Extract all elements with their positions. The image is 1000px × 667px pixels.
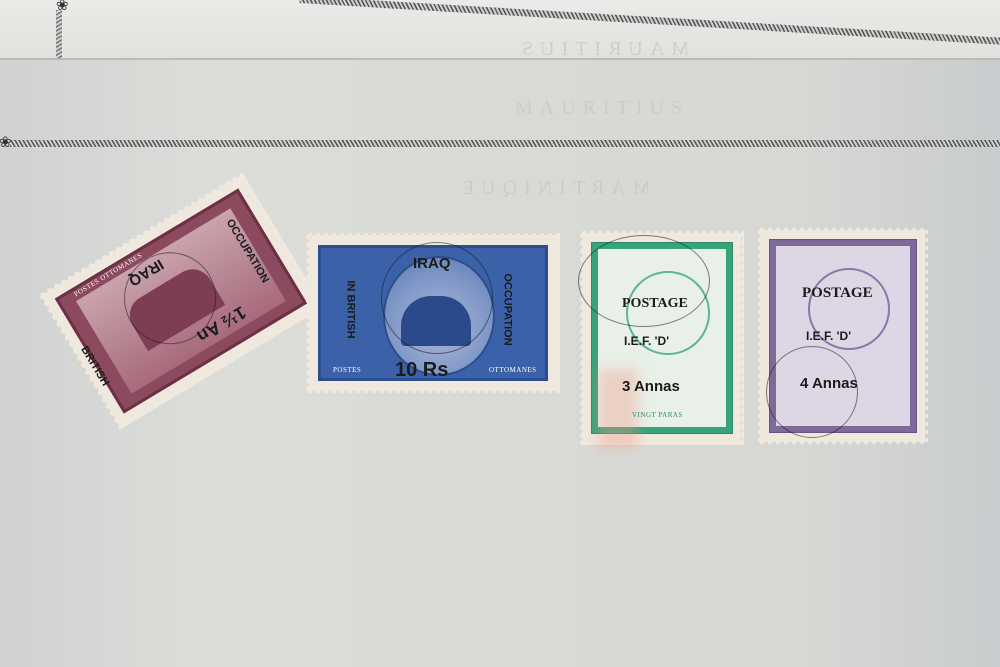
overprint-value: 10 Rs — [395, 360, 448, 380]
overprint-ief-d: I.E.F. 'D' — [806, 330, 851, 342]
overprint-in-british: IN BRITISH — [345, 280, 356, 338]
stamp-iraq-10-rupees[interactable]: POSTES OTTOMANES IRAQ IN BRITISH OCCUPAT… — [306, 233, 560, 393]
postmark — [381, 242, 493, 354]
postmark — [766, 346, 858, 438]
stamp-ief-d-3-annas[interactable]: POSTAGE I.E.F. 'D' 3 Annas VINGT PARAS — [580, 231, 744, 445]
quatrefoil-ornament-icon: ❀ — [0, 135, 12, 150]
upper-album-page: ❀ MAURITIUS — [0, 0, 1000, 58]
faint-heading: MARTINIQUE — [455, 177, 650, 200]
decorative-rule — [10, 140, 1000, 147]
stamp-ief-d-4-annas[interactable]: POSTAGE I.E.F. 'D' 4 Annas — [758, 228, 928, 444]
decorative-rule-vertical — [56, 10, 62, 58]
stamp-design: POSTES OTTOMANES IRAQ IN BRITISH OCCUPAT… — [318, 245, 548, 381]
overprint-occupation: OCCUPATION — [502, 273, 513, 345]
faint-heading: MAURITIUS — [515, 97, 689, 120]
overprint-value: 3 Annas — [622, 379, 680, 394]
overprint-postage: POSTAGE — [802, 286, 873, 301]
overprint-ief-d: I.E.F. 'D' — [624, 335, 669, 347]
stamp-design: POSTAGE I.E.F. 'D' 4 Annas — [770, 240, 916, 432]
stamp-design: POSTAGE I.E.F. 'D' 3 Annas VINGT PARAS — [592, 243, 732, 433]
quatrefoil-ornament-icon: ❀ — [56, 0, 69, 13]
postmark — [578, 235, 710, 327]
